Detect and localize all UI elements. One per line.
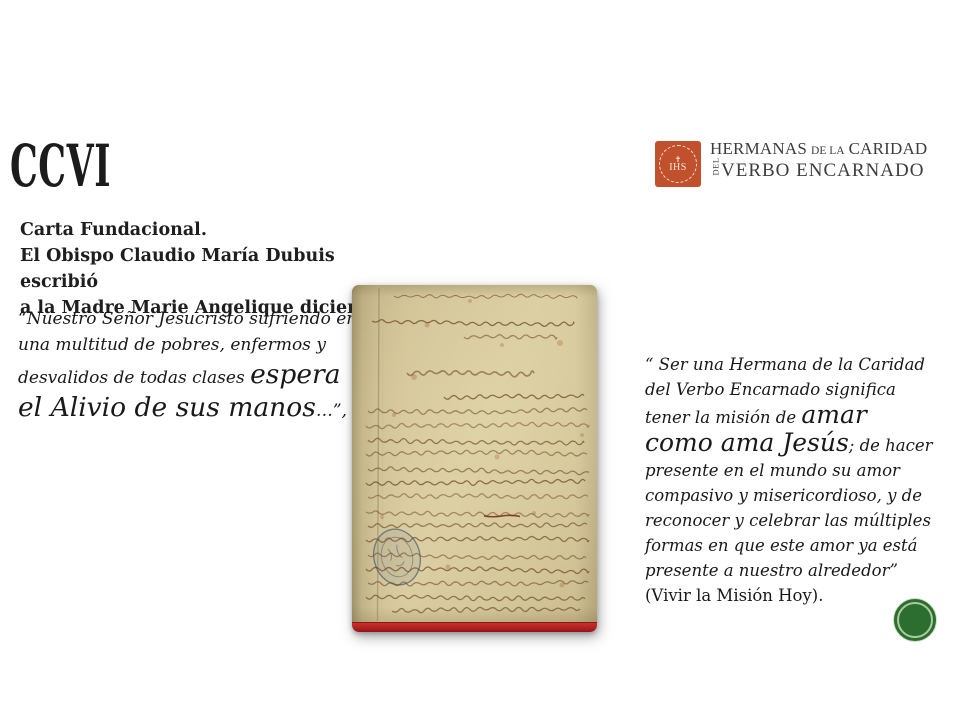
handwriting-line: [366, 450, 587, 456]
slide-number-dot-ring: [897, 602, 933, 638]
mission-quote-lead: “ Ser una Hermana de la Caridad del Verb…: [645, 355, 925, 427]
founding-quote-tail: …”,: [316, 401, 347, 421]
handwriting-line: [464, 335, 557, 339]
congregation-name-line1: HERMANAS DE LA CARIDAD: [710, 139, 927, 159]
congregation-name-line2: DELVERBO ENCARNADO: [710, 160, 927, 182]
congregation-logo: ✝ IHS HERMANAS DE LA CARIDAD DELVERBO EN…: [655, 141, 927, 187]
manuscript-handwriting: [352, 285, 597, 623]
name-word: HERMANAS: [710, 139, 807, 158]
slide-number-dot: [893, 598, 937, 642]
handwriting-line: [366, 511, 589, 518]
handwriting-line: [394, 294, 577, 298]
handwriting-line: [366, 595, 585, 600]
handwriting-line: [407, 371, 534, 377]
ihs-emblem-icon: ✝ IHS: [655, 141, 701, 187]
handwriting-line: [368, 467, 589, 475]
handwriting-line: [444, 394, 584, 399]
wreath-ring-icon: [659, 145, 697, 183]
name-word-rotated: DEL: [711, 165, 721, 176]
handwriting-line: [372, 320, 574, 327]
slide-canvas: CCVI ✝ IHS HERMANAS DE LA CARIDAD DELVER…: [0, 0, 960, 720]
ccvi-wordmark: CCVI: [10, 140, 111, 192]
name-word: VERBO ENCARNADO: [721, 160, 924, 181]
name-word-small: DE LA: [811, 145, 845, 157]
mission-quote-body: ; de hacer presente en el mundo su amor …: [645, 436, 933, 580]
founding-letter-photo: [352, 285, 597, 632]
congregation-name: HERMANAS DE LA CARIDAD DELVERBO ENCARNAD…: [710, 139, 927, 182]
mission-quote-attribution: (Vivir la Misión Hoy).: [645, 586, 823, 605]
intro-line: Carta Fundacional.: [20, 217, 410, 243]
handwriting-line: [366, 479, 585, 485]
handwriting-line: [366, 422, 589, 428]
handwriting-line: [368, 523, 587, 528]
handwriting-line: [368, 438, 584, 445]
handwriting-line: [392, 607, 580, 612]
red-binding-strip: [352, 622, 597, 632]
handwriting-line: [368, 408, 587, 415]
mission-quote: “ Ser una Hermana de la Caridad del Verb…: [645, 352, 939, 608]
founding-quote: “Nuestro Señor Jesucristo sufriendo en u…: [18, 306, 368, 424]
handwriting-line: [368, 494, 588, 499]
name-word: CARIDAD: [849, 139, 928, 158]
